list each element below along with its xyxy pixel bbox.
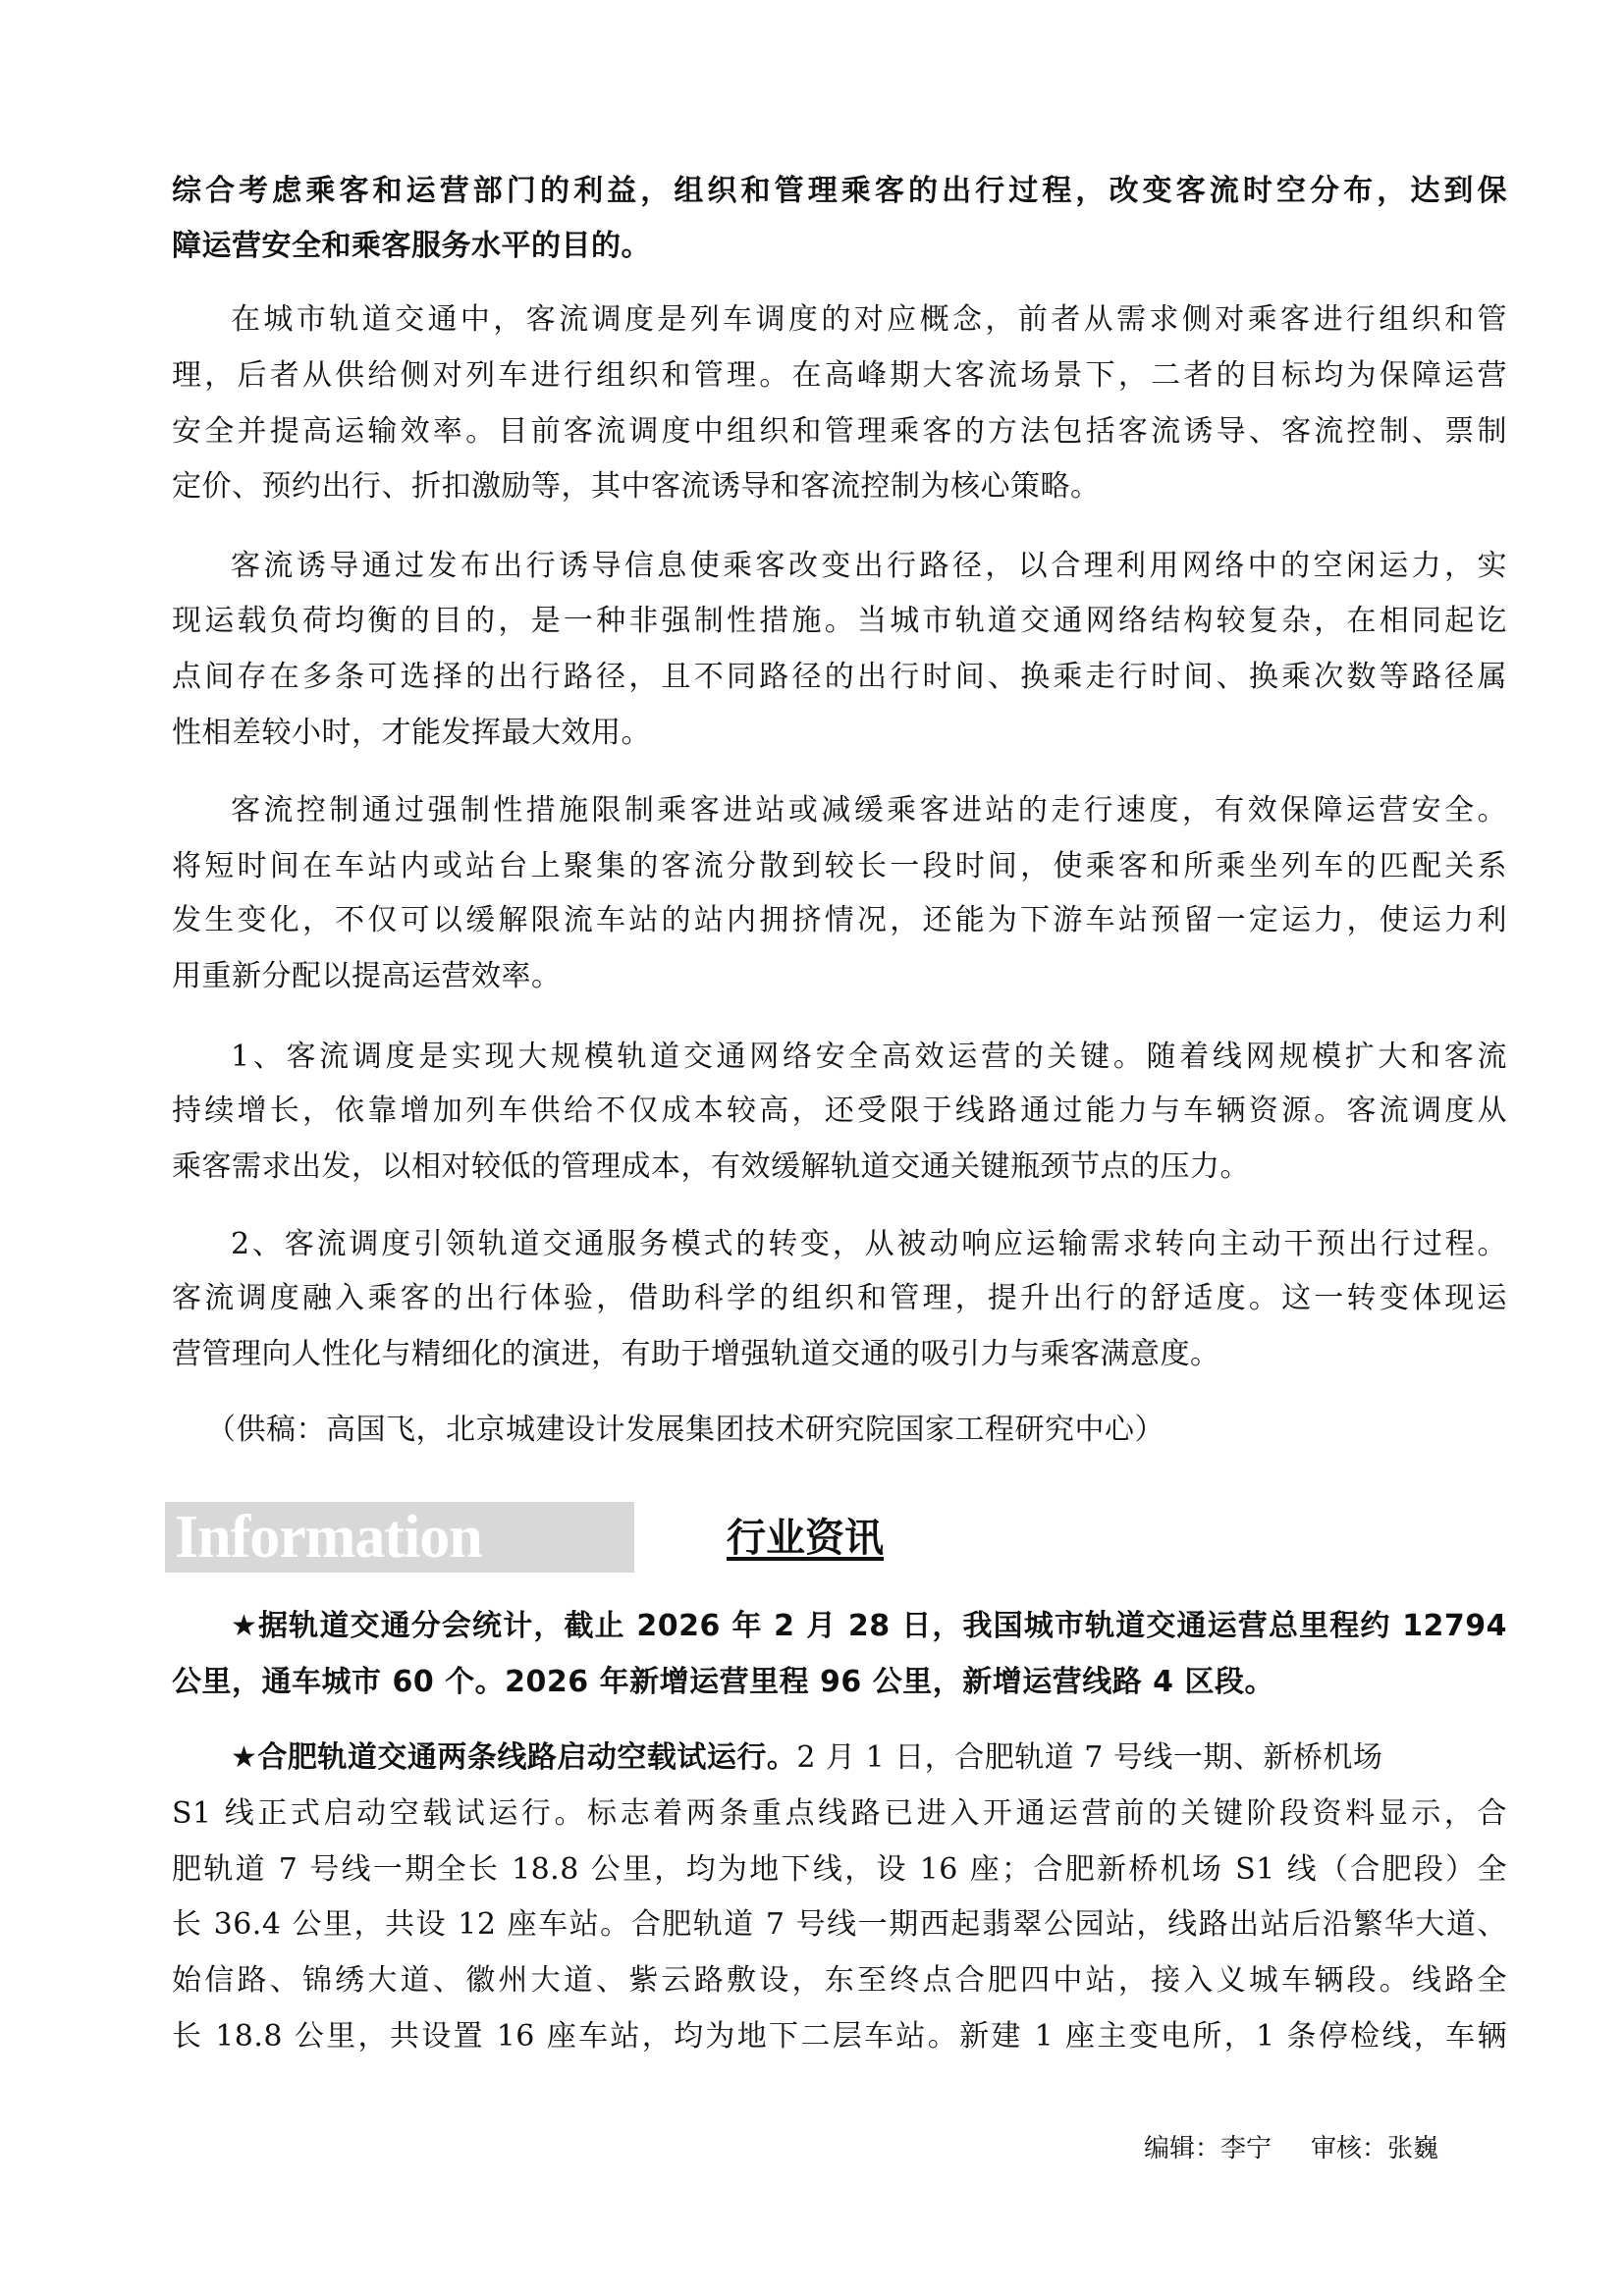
paragraph-line: 客流控制通过强制性措施限制乘客进站或减缓乘客进站的走行速度，有效保障运营安全。 bbox=[231, 791, 1507, 830]
paragraph-line: 理，后者从供给侧对列车进行组织和管理。在高峰期大客流场景下，二者的目标均为保障运… bbox=[172, 356, 1507, 396]
banner-title-en: Information bbox=[175, 1506, 482, 1569]
reviewer-credit: 审核：张巍 bbox=[1311, 2134, 1438, 2163]
paragraph-line: 现运载负荷均衡的目的，是一种非强制性措施。当城市轨道交通网络结构较复杂，在相同起… bbox=[172, 602, 1507, 641]
news-line: ★合肥轨道交通两条线路启动空载试运行。2 月 1 日，合肥轨道 7 号线一期、新… bbox=[231, 1738, 1507, 1778]
paragraph-line: 定价、预约出行、折扣激励等，其中客流诱导和客流控制为核心策略。 bbox=[172, 467, 1507, 507]
news-line: 肥轨道 7 号线一期全长 18.8 公里，均为地下线，设 16 座；合肥新桥机场… bbox=[172, 1850, 1507, 1890]
paragraph-line: 2、客流调度引领轨道交通服务模式的转变，从被动响应运输需求转向主动干预出行过程。 bbox=[231, 1225, 1507, 1264]
page-footer: 编辑：李宁审核：张巍 bbox=[1144, 2132, 1478, 2165]
paragraph-line: 客流诱导通过发布出行诱导信息使乘客改变出行路径，以合理利用网络中的空闲运力，实 bbox=[231, 547, 1507, 586]
paragraph-line: 1、客流调度是实现大规模轨道交通网络安全高效运营的关键。随着线网规模扩大和客流 bbox=[231, 1038, 1507, 1077]
news-text: 2 月 1 日，合肥轨道 7 号线一期、新桥机场 bbox=[796, 1740, 1382, 1775]
paragraph-line: 持续增长，依靠增加列车供给不仅成本较高，还受限于线路通过能力与车辆资源。客流调度… bbox=[172, 1092, 1507, 1131]
paragraph-line: 乘客需求出发，以相对较低的管理成本，有效缓解轨道交通关键瓶颈节点的压力。 bbox=[172, 1148, 1507, 1187]
news-line: 长 18.8 公里，共设置 16 座车站，均为地下二层车站。新建 1 座主变电所… bbox=[172, 2017, 1507, 2056]
section-title: 行业资讯 bbox=[727, 1514, 884, 1563]
paragraph-line: 用重新分配以提高运营效率。 bbox=[172, 957, 1507, 996]
news-line: S1 线正式启动空载试运行。标志着两条重点线路已进入开通运营前的关键阶段资料显示… bbox=[172, 1794, 1507, 1834]
news-line: 长 36.4 公里，共设 12 座车站。合肥轨道 7 号线一期西起翡翠公园站，线… bbox=[172, 1905, 1507, 1945]
section-banner: Information bbox=[165, 1502, 634, 1573]
editor-credit: 编辑：李宁 bbox=[1144, 2134, 1272, 2163]
news-headline: ★合肥轨道交通两条线路启动空载试运行。 bbox=[231, 1740, 796, 1775]
paragraph-line: 障运营安全和乘客服务水平的目的。 bbox=[172, 227, 1507, 266]
paragraph-line: 发生变化，不仅可以缓解限流车站的站内拥挤情况，还能为下游车站预留一定运力，使运力… bbox=[172, 901, 1507, 940]
paragraph-line: 在城市轨道交通中，客流调度是列车调度的对应概念，前者从需求侧对乘客进行组织和管 bbox=[231, 300, 1507, 340]
paragraph-line: 性相差较小时，才能发挥最大效用。 bbox=[172, 714, 1507, 753]
paragraph-line: 将短时间在车站内或站台上聚集的客流分散到较长一段时间，使乘客和所乘坐列车的匹配关… bbox=[172, 847, 1507, 886]
paragraph-line: 点间存在多条可选择的出行路径，且不同路径的出行时间、换乘走行时间、换乘次数等路径… bbox=[172, 658, 1507, 697]
news-line: 公里，通车城市 60 个。2026 年新增运营里程 96 公里，新增运营线路 4… bbox=[172, 1663, 1507, 1702]
news-line: 始信路、锦绣大道、徽州大道、紫云路敷设，东至终点合肥四中站，接入义城车辆段。线路… bbox=[172, 1961, 1507, 2001]
paragraph-line: 营管理向人性化与精细化的演进，有助于增强轨道交通的吸引力与乘客满意度。 bbox=[172, 1335, 1507, 1374]
credit-line: （供稿：高国飞，北京城建设计发展集团技术研究院国家工程研究中心） bbox=[206, 1411, 1483, 1450]
news-line: ★据轨道交通分会统计，截止 2026 年 2 月 28 日，我国城市轨道交通运营… bbox=[231, 1607, 1507, 1646]
paragraph-line: 综合考虑乘客和运营部门的利益，组织和管理乘客的出行过程，改变客流时空分布，达到保 bbox=[172, 172, 1507, 211]
paragraph-line: 安全并提高运输效率。目前客流调度中组织和管理乘客的方法包括客流诱导、客流控制、票… bbox=[172, 412, 1507, 452]
paragraph-line: 客流调度融入乘客的出行体验，借助科学的组织和管理，提升出行的舒适度。这一转变体现… bbox=[172, 1279, 1507, 1318]
